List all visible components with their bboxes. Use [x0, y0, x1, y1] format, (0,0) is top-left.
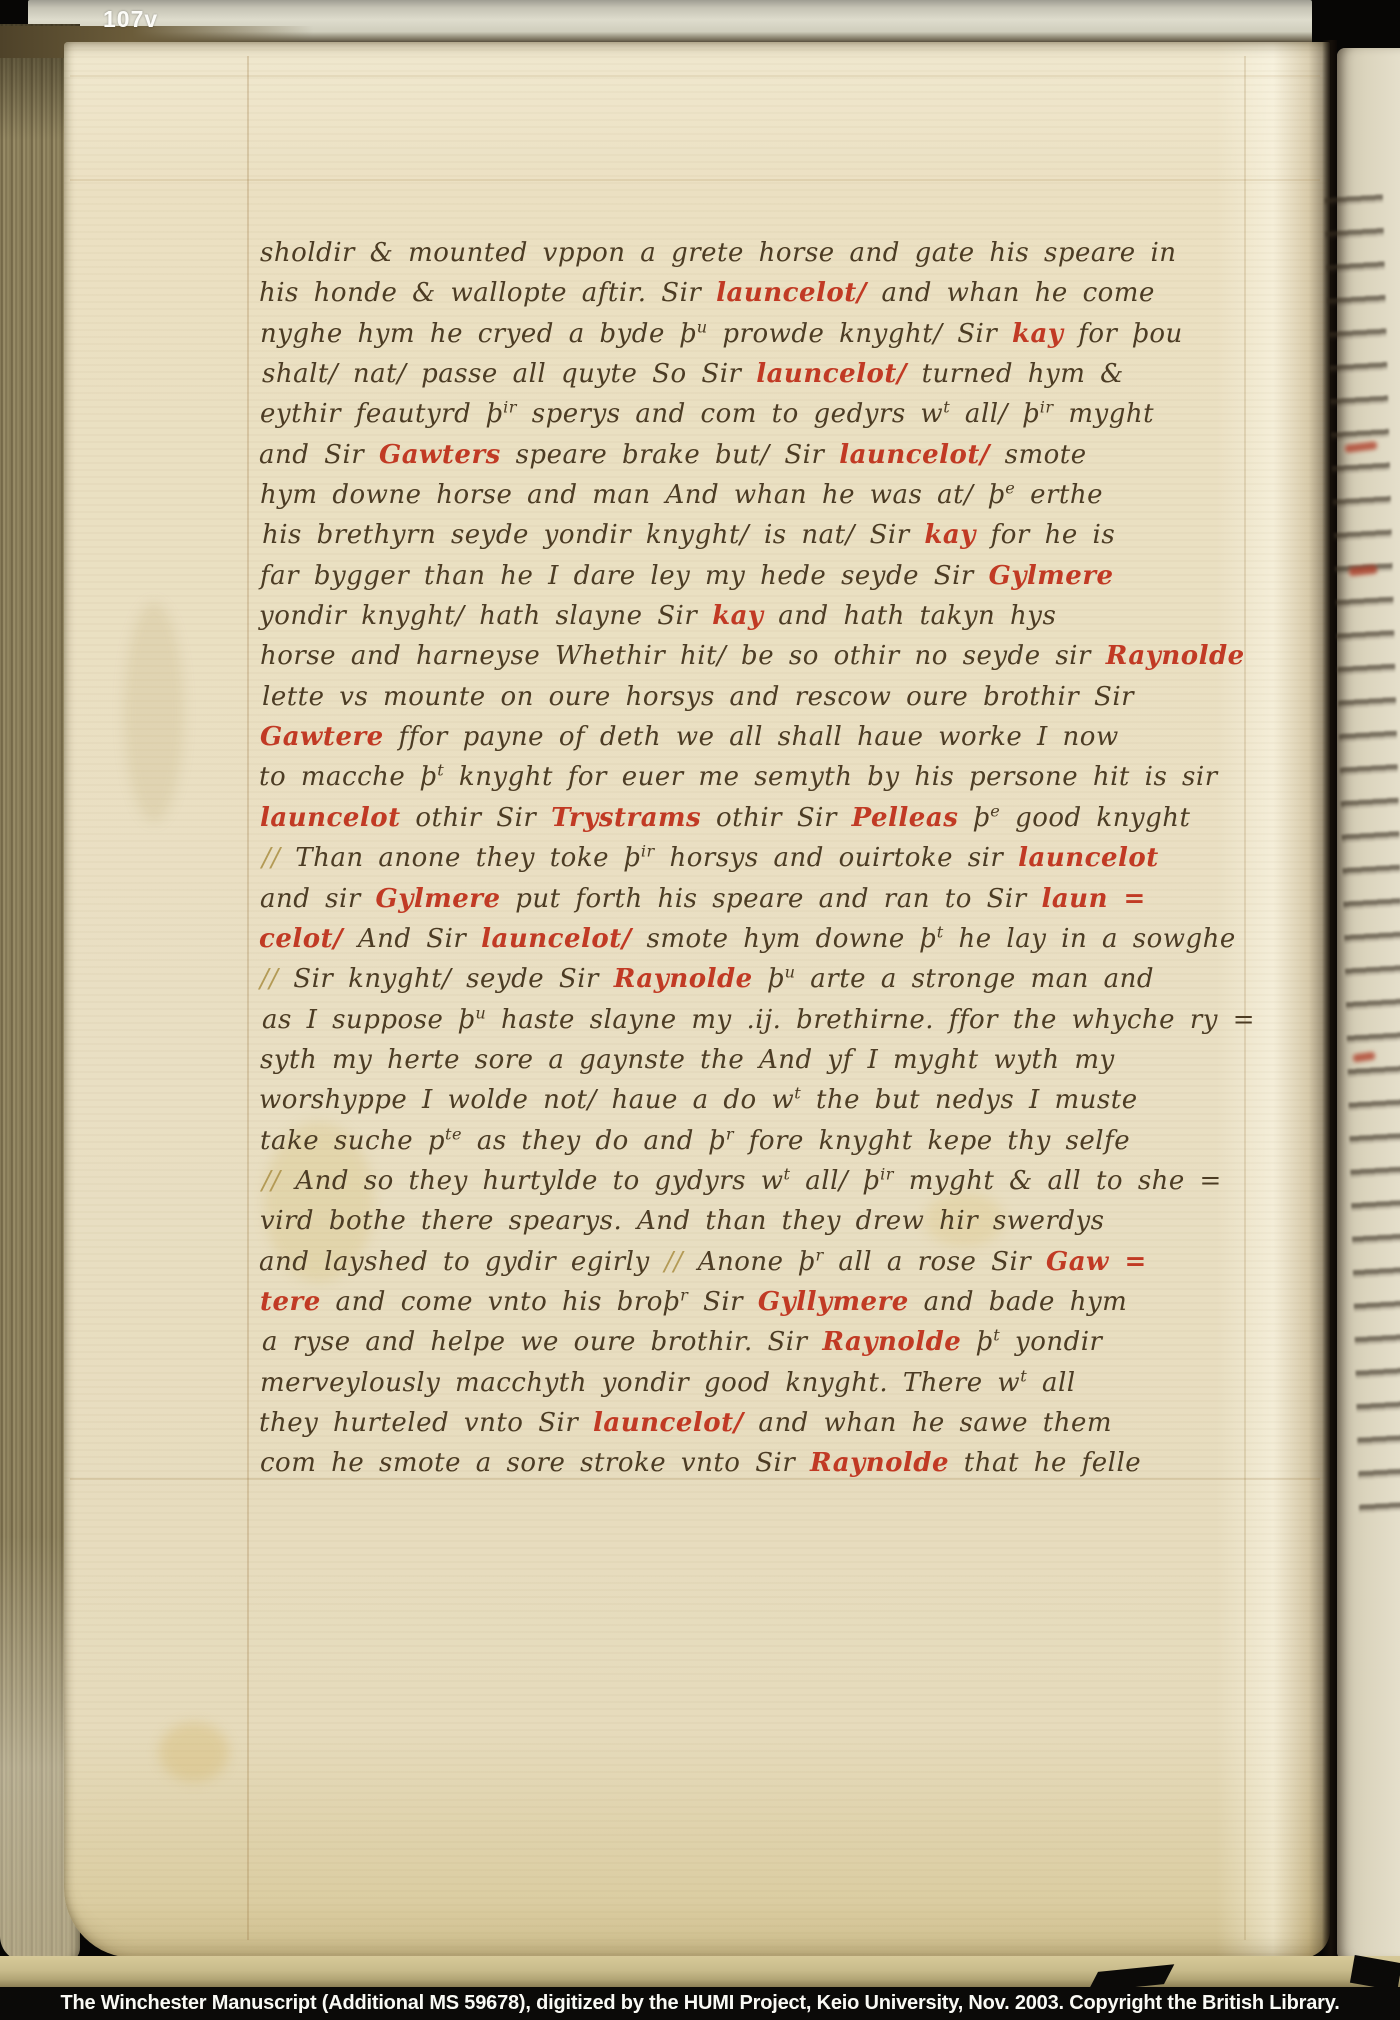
text-line: vird bothe there spearys. And than they …	[260, 1201, 1200, 1241]
ruling-line-left	[247, 56, 249, 1940]
text-line: to macche þt knyght for euer me semyth b…	[259, 757, 1199, 797]
manuscript-text: sholdir & mounted vppon a grete horse an…	[260, 233, 1200, 1484]
text-line: // Than anone they toke þir horsys and o…	[262, 838, 1202, 878]
parchment-stain	[159, 1722, 229, 1782]
text-line: merveylously macchyth yondir good knyght…	[260, 1363, 1200, 1403]
text-line: and sir Gylmere put forth his speare and…	[260, 879, 1200, 919]
text-line: shalt/ nat/ passe all quyte So Sir launc…	[262, 354, 1202, 394]
text-line: worshyppe I wolde not/ haue a do wt the …	[259, 1080, 1199, 1120]
text-line: celot/ And Sir launcelot/ smote hym down…	[259, 919, 1199, 959]
text-line: take suche pte as they do and þr fore kn…	[260, 1121, 1200, 1161]
manuscript-photo: 107v sholdir & mounted vppon a grete hor…	[0, 0, 1400, 2020]
manuscript-page: sholdir & mounted vppon a grete horse an…	[64, 42, 1330, 1958]
text-line: they hurteled vnto Sir launcelot/ and wh…	[259, 1403, 1199, 1443]
text-line: Gawtere ffor payne of deth we all shall …	[260, 717, 1200, 757]
text-line: lette vs mounte on oure horsys and resco…	[262, 677, 1202, 717]
text-line: a ryse and helpe we oure brothir. Sir Ra…	[262, 1322, 1202, 1362]
text-line: his honde & wallopte aftir. Sir launcelo…	[259, 273, 1199, 313]
text-line: hym downe horse and man And whan he was …	[260, 475, 1200, 515]
folio-label: 107v	[103, 6, 158, 33]
text-line: yondir knyght/ hath slayne Sir kay and h…	[259, 596, 1199, 636]
text-line: tere and come vnto his broþr Sir Gyllyme…	[260, 1282, 1200, 1322]
text-line: nyghe hym he cryed a byde þu prowde knyg…	[260, 314, 1200, 354]
ruling-line-top	[70, 179, 1320, 181]
parchment-stain	[124, 602, 184, 822]
text-line: // Sir knyght/ seyde Sir Raynolde þu art…	[260, 959, 1200, 999]
caption-bar: The Winchester Manuscript (Additional MS…	[0, 1987, 1400, 2020]
book-bottom-edge	[0, 1956, 1400, 1987]
text-line: and Sir Gawters speare brake but/ Sir la…	[259, 435, 1199, 475]
text-line: far bygger than he I dare ley my hede se…	[260, 556, 1200, 596]
text-line: // And so they hurtylde to gydyrs wt all…	[262, 1161, 1202, 1201]
text-line: com he smote a sore stroke vnto Sir Rayn…	[260, 1443, 1200, 1483]
ruling-line-right	[1244, 56, 1246, 1940]
text-line: as I suppose þu haste slayne my .ij. bre…	[262, 1000, 1202, 1040]
ruling-line-top-outer	[70, 75, 1320, 77]
caption-text: The Winchester Manuscript (Additional MS…	[60, 1992, 1339, 2015]
text-line: and layshed to gydir egirly // Anone þr …	[259, 1242, 1199, 1282]
facing-page-sliver	[1337, 48, 1400, 1960]
text-line: launcelot othir Sir Trystrams othir Sir …	[260, 798, 1200, 838]
text-line: his brethyrn seyde yondir knyght/ is nat…	[262, 515, 1202, 555]
text-line: sholdir & mounted vppon a grete horse an…	[260, 233, 1200, 273]
text-line: horse and harneyse Whethir hit/ be so ot…	[260, 636, 1200, 676]
edge-notch	[1350, 1955, 1400, 1991]
text-line: eythir feautyrd þir sperys and com to ge…	[260, 394, 1200, 434]
text-line: syth my herte sore a gaynste the And yf …	[260, 1040, 1200, 1080]
